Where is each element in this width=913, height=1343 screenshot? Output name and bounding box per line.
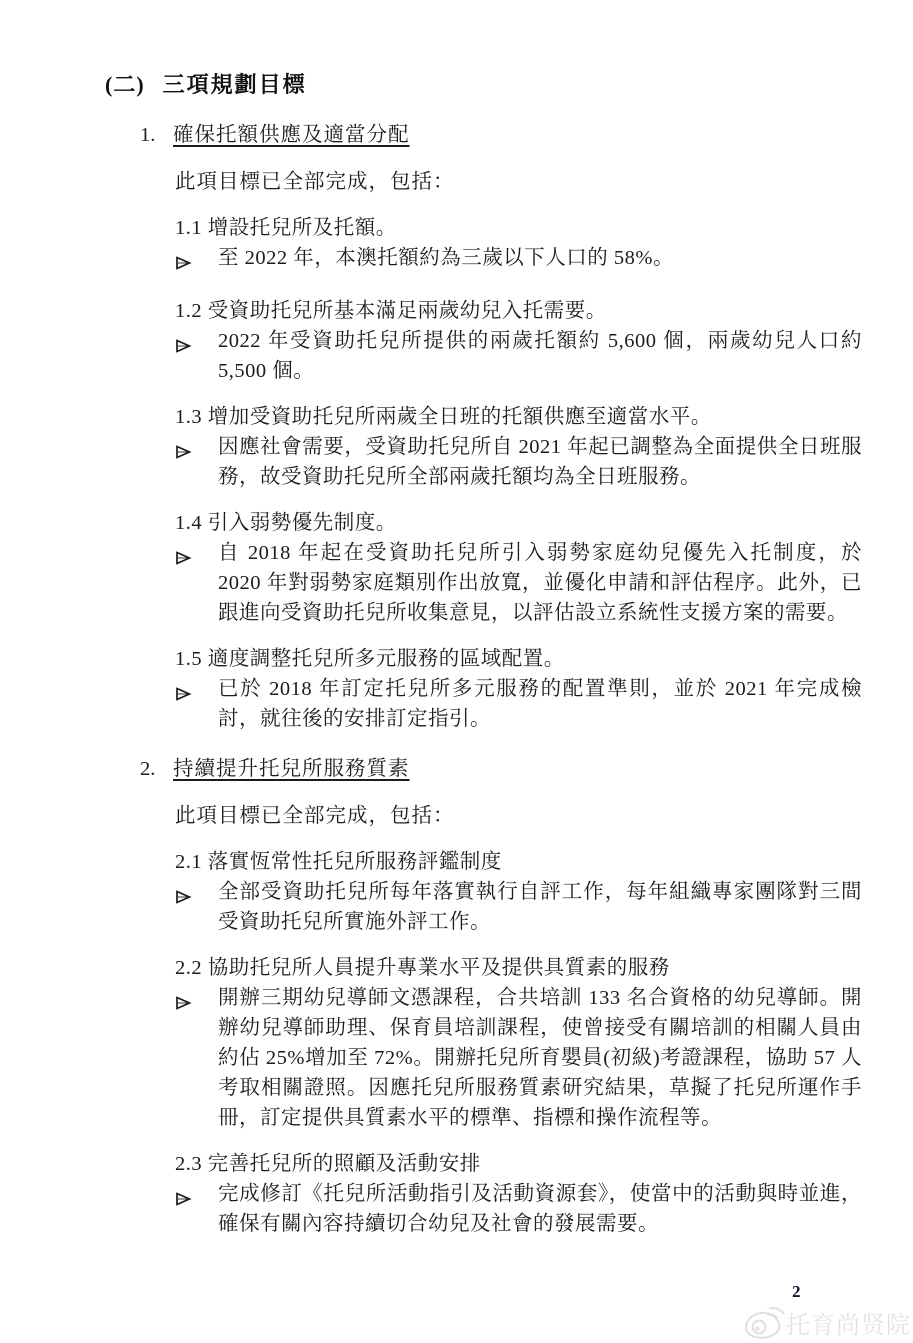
document-body: (二) 三項規劃目標 1. 確保托額供應及適當分配 此項目標已全部完成，包括： …	[105, 70, 862, 1239]
item-2-1: 2.1 落實恆常性托兒所服務評鑑制度 全部受資助托兒所每年落實執行自評工作，每年…	[175, 847, 862, 937]
section-2-title-row: 2. 持續提升托兒所服務質素	[140, 754, 862, 784]
bullet-text: 全部受資助托兒所每年落實執行自評工作，每年組織專家團隊對三間受資助托兒所實施外評…	[218, 877, 862, 937]
arrow-bullet-icon	[175, 877, 218, 937]
section-2: 2. 持續提升托兒所服務質素 此項目標已全部完成，包括： 2.1 落實恆常性托兒…	[105, 754, 862, 1239]
section-title: 確保托額供應及適當分配	[173, 120, 410, 150]
bullet-text: 因應社會需要，受資助托兒所自 2021 年起已調整為全面提供全日班服務，故受資助…	[218, 432, 862, 492]
item-heading: 2.1 落實恆常性托兒所服務評鑑制度	[175, 847, 862, 877]
item-heading: 2.2 協助托兒所人員提升專業水平及提供具質素的服務	[175, 953, 862, 983]
section-number: 1.	[140, 120, 173, 150]
item-1-5: 1.5 適度調整托兒所多元服務的區域配置。 已於 2018 年訂定托兒所多元服務…	[175, 644, 862, 734]
section-number: 2.	[140, 754, 173, 784]
weibo-icon	[742, 1303, 786, 1341]
bullet-row: 自 2018 年起在受資助托兒所引入弱勢家庭幼兒優先入托制度，於 2020 年對…	[175, 538, 862, 628]
bullet-text: 2022 年受資助托兒所提供的兩歲托額約 5,600 個，兩歲幼兒人口約 5,5…	[218, 326, 862, 386]
arrow-bullet-icon	[175, 1179, 218, 1239]
item-2-3: 2.3 完善托兒所的照顧及活動安排 完成修訂《托兒所活動指引及活動資源套》，使當…	[175, 1149, 862, 1239]
bullet-text: 開辦三期幼兒導師文憑課程，合共培訓 133 名合資格的幼兒導師。開辦幼兒導師助理…	[218, 983, 862, 1133]
heading-label: (二)	[105, 70, 145, 100]
item-heading: 1.4 引入弱勢優先制度。	[175, 508, 862, 538]
arrow-bullet-icon	[175, 326, 218, 386]
bullet-text: 完成修訂《托兒所活動指引及活動資源套》，使當中的活動與時並進，確保有關內容持續切…	[218, 1179, 862, 1239]
arrow-bullet-icon	[175, 983, 218, 1133]
watermark-text: 托育尚贤院	[786, 1305, 911, 1340]
item-heading: 1.5 適度調整托兒所多元服務的區域配置。	[175, 644, 862, 674]
section-intro: 此項目標已全部完成，包括：	[175, 167, 862, 197]
item-heading: 1.2 受資助托兒所基本滿足兩歲幼兒入托需要。	[175, 296, 862, 326]
bullet-text: 自 2018 年起在受資助托兒所引入弱勢家庭幼兒優先入托制度，於 2020 年對…	[218, 538, 862, 628]
arrow-bullet-icon	[175, 432, 218, 492]
bullet-row: ➢ 至 2022 年，本澳托額約為三歲以下人口的 58%。	[175, 243, 862, 280]
section-title: 持續提升托兒所服務質素	[173, 754, 410, 784]
bullet-row: 完成修訂《托兒所活動指引及活動資源套》，使當中的活動與時並進，確保有關內容持續切…	[175, 1179, 862, 1239]
document-heading: (二) 三項規劃目標	[105, 70, 862, 100]
bullet-row: 全部受資助托兒所每年落實執行自評工作，每年組織專家團隊對三間受資助托兒所實施外評…	[175, 877, 862, 937]
item-heading: 2.3 完善托兒所的照顧及活動安排	[175, 1149, 862, 1179]
watermark: 托育尚贤院	[742, 1303, 911, 1341]
arrow-bullet-icon	[175, 538, 218, 628]
section-1-title-row: 1. 確保托額供應及適當分配	[140, 120, 862, 150]
bullet-row: 開辦三期幼兒導師文憑課程，合共培訓 133 名合資格的幼兒導師。開辦幼兒導師助理…	[175, 983, 862, 1133]
item-1-3: 1.3 增加受資助托兒所兩歲全日班的托額供應至適當水平。 因應社會需要，受資助托…	[175, 402, 862, 492]
item-heading: 1.1 增設托兒所及托額。	[175, 213, 862, 243]
document-page: { "page": { "number": "2", "watermark_te…	[0, 0, 913, 1343]
bullet-text: 已於 2018 年訂定托兒所多元服務的配置準則，並於 2021 年完成檢討，就往…	[218, 674, 862, 734]
arrow-bullet-icon	[175, 674, 218, 734]
bullet-row: 已於 2018 年訂定托兒所多元服務的配置準則，並於 2021 年完成檢討，就往…	[175, 674, 862, 734]
item-heading: 1.3 增加受資助托兒所兩歲全日班的托額供應至適當水平。	[175, 402, 862, 432]
bullet-row: 2022 年受資助托兒所提供的兩歲托額約 5,600 個，兩歲幼兒人口約 5,5…	[175, 326, 862, 386]
section-intro: 此項目標已全部完成，包括：	[175, 801, 862, 831]
item-1-1: 1.1 增設托兒所及托額。 ➢ 至 2022 年，本澳托額約為三歲以下人口的 5…	[175, 213, 862, 280]
page-title: 三項規劃目標	[163, 70, 307, 100]
section-1: 1. 確保托額供應及適當分配 此項目標已全部完成，包括： 1.1 增設托兒所及托…	[105, 120, 862, 734]
bullet-text: 至 2022 年，本澳托額約為三歲以下人口的 58%。	[218, 243, 862, 280]
page-number: 2	[792, 1282, 801, 1302]
item-1-4: 1.4 引入弱勢優先制度。 自 2018 年起在受資助托兒所引入弱勢家庭幼兒優先…	[175, 508, 862, 628]
bullet-row: 因應社會需要，受資助托兒所自 2021 年起已調整為全面提供全日班服務，故受資助…	[175, 432, 862, 492]
arrow-bullet-icon: ➢	[175, 243, 218, 280]
item-2-2: 2.2 協助托兒所人員提升專業水平及提供具質素的服務 開辦三期幼兒導師文憑課程，…	[175, 953, 862, 1133]
item-1-2: 1.2 受資助托兒所基本滿足兩歲幼兒入托需要。 2022 年受資助托兒所提供的兩…	[175, 296, 862, 386]
